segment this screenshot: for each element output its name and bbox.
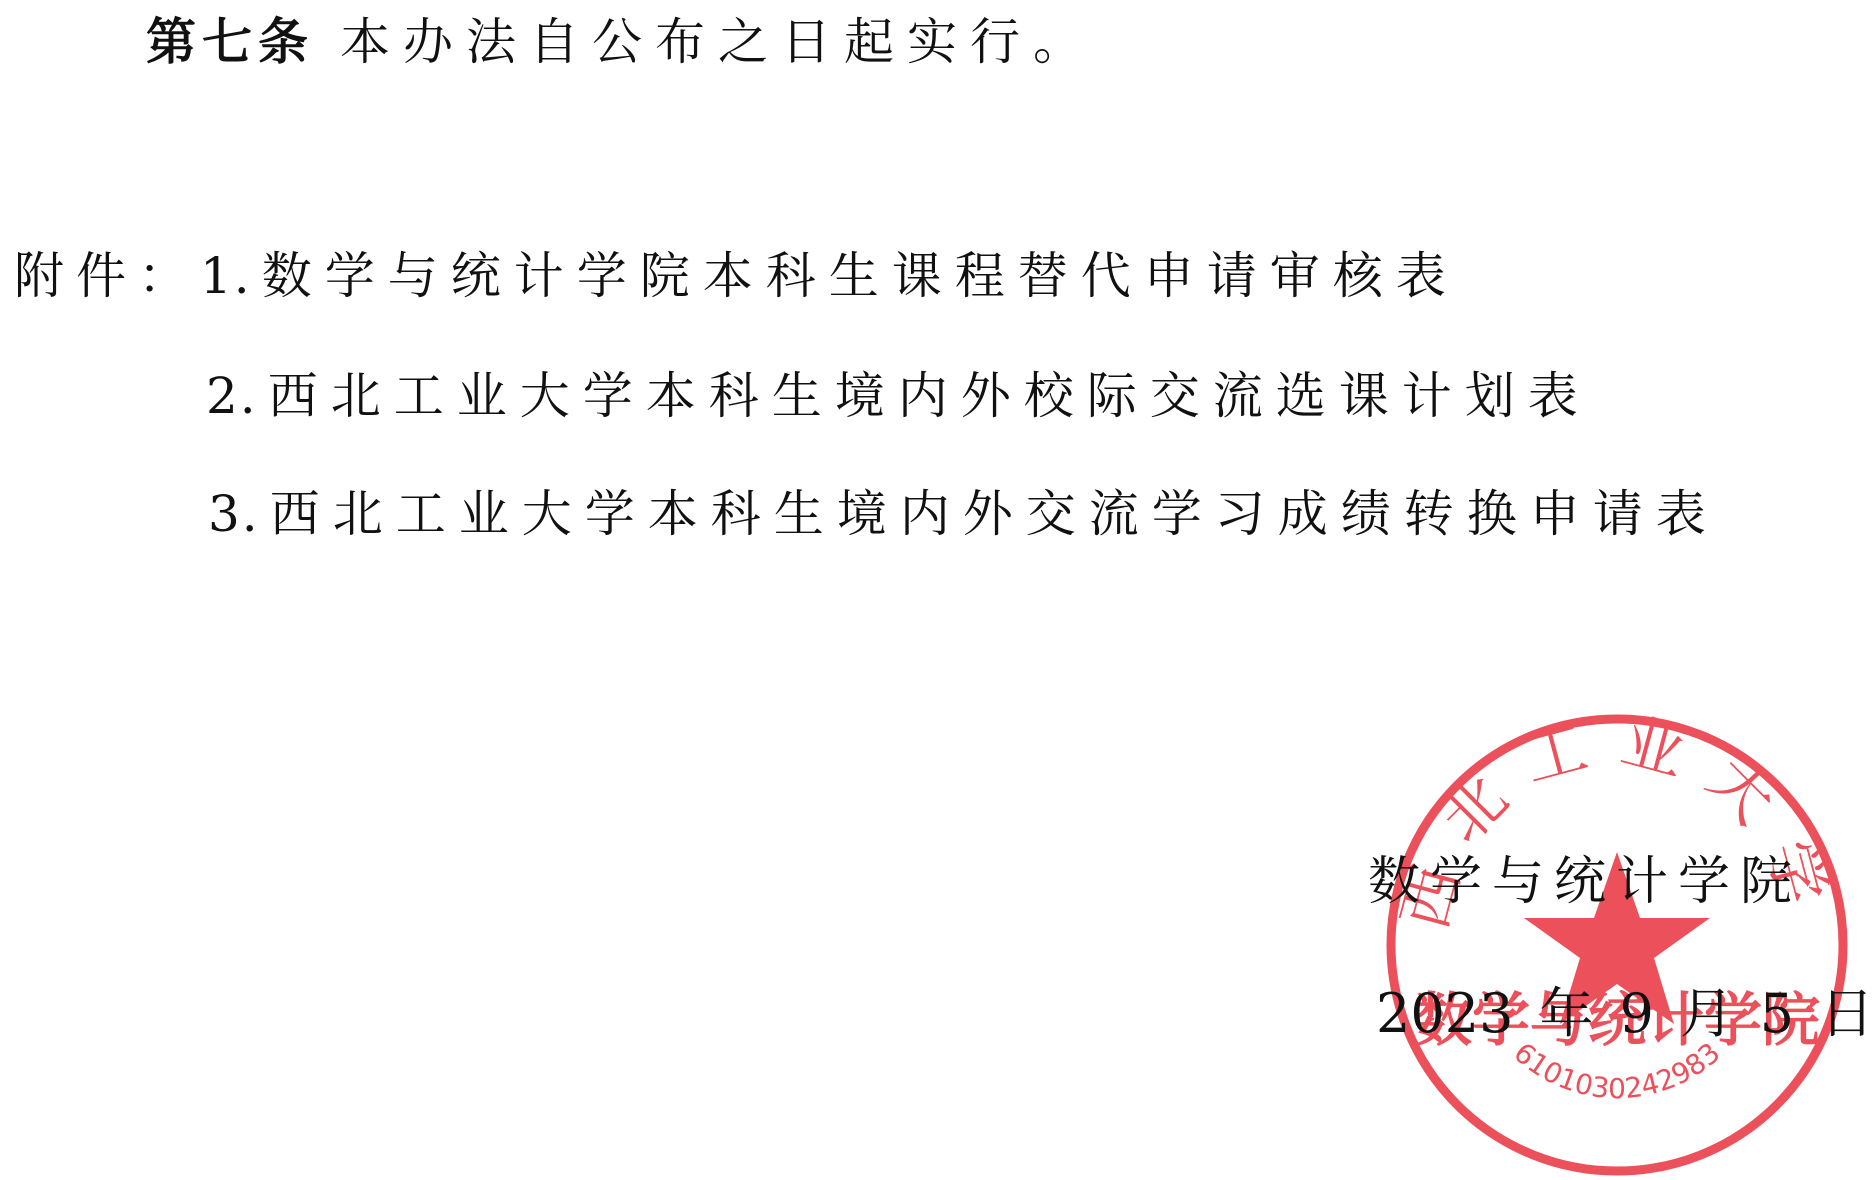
date-day-unit: 日 (1820, 984, 1872, 1044)
date-year-unit: 年 (1539, 984, 1593, 1044)
date-year: 2023 (1376, 984, 1513, 1044)
issuer-signature: 数学与统计学院 (1368, 852, 1802, 912)
date-day: 5 (1760, 984, 1794, 1044)
article-7-line: 第七条本办法自公布之日起实行。 (146, 12, 1096, 72)
attachment-item-3: 3.西北工业大学本科生境内外交流学习成绩转换申请表 (208, 484, 1719, 544)
date-month-unit: 月 (1680, 984, 1734, 1044)
attachment-title: 西北工业大学本科生境内外交流学习成绩转换申请表 (270, 485, 1719, 543)
attachment-number: 2. (206, 367, 258, 425)
official-seal-stamp: 西北工业大学 数学与统计学院 6101030242983 (1382, 710, 1852, 1180)
attachment-item-1: 附件：1.数学与统计学院本科生课程替代申请审核表 (14, 246, 1459, 306)
issue-date: 2023年9月5日 (1376, 984, 1872, 1044)
attachment-title: 数学与统计学院本科生课程替代申请审核表 (262, 247, 1459, 305)
attachment-number: 3. (208, 485, 260, 543)
attachments-label: 附件： (14, 247, 200, 305)
attachment-item-2: 2.西北工业大学本科生境内外校际交流选课计划表 (206, 366, 1591, 426)
attachment-title: 西北工业大学本科生境内外校际交流选课计划表 (268, 367, 1591, 425)
date-month: 9 (1619, 984, 1653, 1044)
article-number: 第七条 (146, 13, 314, 71)
article-text: 本办法自公布之日起实行。 (340, 13, 1096, 71)
attachment-number: 1. (200, 247, 252, 305)
